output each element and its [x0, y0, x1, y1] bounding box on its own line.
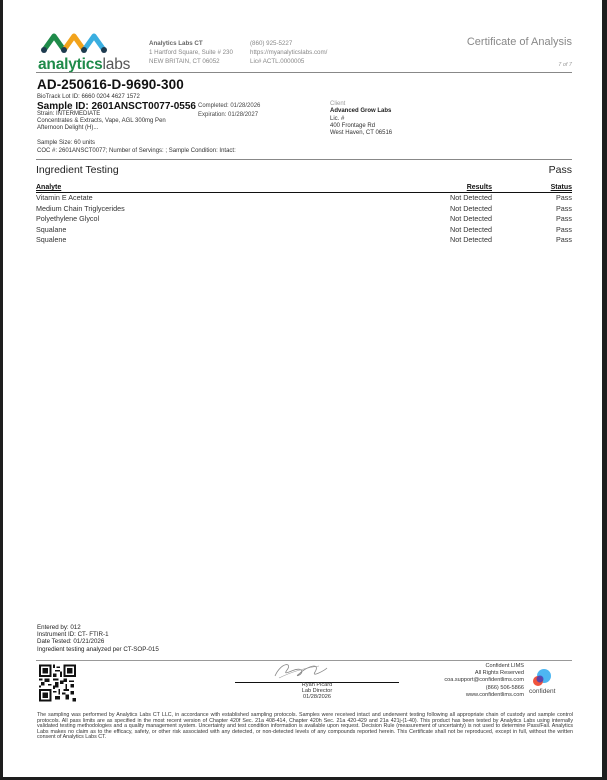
- entered-by: Entered by: 012: [37, 624, 159, 631]
- client-address-line1: 400 Frontage Rd: [330, 123, 392, 130]
- table-row: Squalene Not Detected Pass: [36, 235, 572, 246]
- section-overall-status: Pass: [549, 164, 572, 176]
- lab-name: Analytics Labs CT: [149, 39, 233, 48]
- client-license: Lic. #: [330, 116, 392, 123]
- qr-code-icon[interactable]: [39, 664, 76, 702]
- completed-date: Completed: 01/28/2026: [198, 102, 260, 111]
- strain: Strain: INTERMEDIATE: [37, 111, 166, 118]
- table-header: Analyte Results Status: [36, 183, 572, 193]
- table-row: Medium Chain Triglycerides Not Detected …: [36, 204, 572, 215]
- lab-address-line2: NEW BRITAIN, CT 06052: [149, 57, 233, 66]
- disclaimer-text: The sampling was performed by Analytics …: [37, 713, 573, 741]
- analyte-name: Polyethylene Glycol: [36, 214, 372, 225]
- biotrack-lot-id: BioTrack Lot ID: 6660 0204 4627 1572: [37, 94, 140, 100]
- signer-block: Ryan Picard Lab Director 01/28/2026: [235, 683, 399, 700]
- client-label: Client: [330, 101, 392, 108]
- page-indicator: 7 of 7: [558, 62, 572, 68]
- analyte-name: Medium Chain Triglycerides: [36, 204, 372, 215]
- lab-phone: (860) 925-5227: [250, 39, 327, 48]
- sample-dates: Completed: 01/28/2026 Expiration: 01/28/…: [198, 102, 260, 119]
- lims-email[interactable]: coa.support@confidentlims.com: [444, 677, 524, 684]
- signed-date: 01/28/2026: [235, 695, 399, 701]
- sample-description: Strain: INTERMEDIATE Concentrates & Extr…: [37, 111, 166, 132]
- test-method: Ingredient testing analyzed per CT-SOP-0…: [37, 646, 159, 653]
- lab-url[interactable]: https://myanalyticslabs.com/: [250, 48, 327, 57]
- analyte-status: Pass: [492, 225, 572, 236]
- analyte-result: Not Detected: [372, 204, 492, 215]
- analyte-status: Pass: [492, 214, 572, 225]
- section-title: Ingredient Testing: [36, 164, 119, 176]
- lims-name: Confident LIMS: [444, 663, 524, 670]
- ingredient-results-table: Analyte Results Status Vitamin E Acetate…: [36, 183, 572, 246]
- confident-logo-icon: [529, 668, 557, 688]
- client-block: Client Advanced Grow Labs Lic. # 400 Fro…: [330, 101, 392, 137]
- wave-logo-icon: [38, 30, 138, 56]
- product-name: Afternoon Delight (H)...: [37, 125, 166, 132]
- analyte-name: Squalene: [36, 235, 372, 246]
- expiration-date: Expiration: 01/28/2027: [198, 111, 260, 120]
- analyte-result: Not Detected: [372, 235, 492, 246]
- table-row: Polyethylene Glycol Not Detected Pass: [36, 214, 572, 225]
- sample-size: Sample Size: 60 units: [37, 140, 236, 148]
- report-id: AD-250616-D-9690-300: [37, 77, 184, 92]
- analyte-status: Pass: [492, 204, 572, 215]
- column-header-status: Status: [551, 184, 572, 191]
- analyte-status: Pass: [492, 193, 572, 204]
- document-title: Certificate of Analysis: [467, 36, 572, 48]
- analyte-result: Not Detected: [372, 214, 492, 225]
- header-divider: [36, 72, 572, 73]
- instrument-id: Instrument ID: CT- FTIR-1: [37, 631, 159, 638]
- analyte-name: Squalane: [36, 225, 372, 236]
- lims-url[interactable]: www.confidentlims.com: [444, 692, 524, 699]
- column-header-analyte: Analyte: [36, 184, 61, 191]
- sample-size-block: Sample Size: 60 units COC #: 2601ANSCT00…: [37, 140, 236, 155]
- table-row: Squalane Not Detected Pass: [36, 225, 572, 236]
- coa-page: analyticslabs Analytics Labs CT 1 Hartfo…: [3, 0, 602, 777]
- product-category: Concentrates & Extracts, Vape, AGL 300mg…: [37, 118, 166, 125]
- table-row: Vitamin E Acetate Not Detected Pass: [36, 193, 572, 204]
- coc-line: COC #: 2601ANSCT0077; Number of Servings…: [37, 148, 236, 156]
- client-address-line2: West Haven, CT 06516: [330, 130, 392, 137]
- lab-license: Lic# ACTL.0000005: [250, 57, 327, 66]
- lims-phone: (866) 506-5866: [444, 685, 524, 692]
- analytics-labs-logo: analyticslabs: [38, 30, 138, 74]
- analyte-name: Vitamin E Acetate: [36, 193, 372, 204]
- lab-contact-block: (860) 925-5227 https://myanalyticslabs.c…: [250, 39, 327, 66]
- client-name: Advanced Grow Labs: [330, 108, 392, 115]
- confident-logo-text: confident: [529, 688, 555, 695]
- date-tested: Date Tested: 01/21/2026: [37, 638, 159, 645]
- section-divider: [36, 159, 572, 160]
- analyte-result: Not Detected: [372, 193, 492, 204]
- analyte-result: Not Detected: [372, 225, 492, 236]
- analyte-status: Pass: [492, 235, 572, 246]
- lab-address-line1: 1 Hartford Square, Suite # 230: [149, 48, 233, 57]
- lims-rights: All Rights Reserved: [444, 670, 524, 677]
- lab-address-block: Analytics Labs CT 1 Hartford Square, Sui…: [149, 39, 233, 66]
- signature-icon: [271, 658, 331, 684]
- lims-info-block: Confident LIMS All Rights Reserved coa.s…: [444, 663, 524, 699]
- column-header-results: Results: [467, 184, 492, 191]
- test-metadata: Entered by: 012 Instrument ID: CT- FTIR-…: [37, 624, 159, 653]
